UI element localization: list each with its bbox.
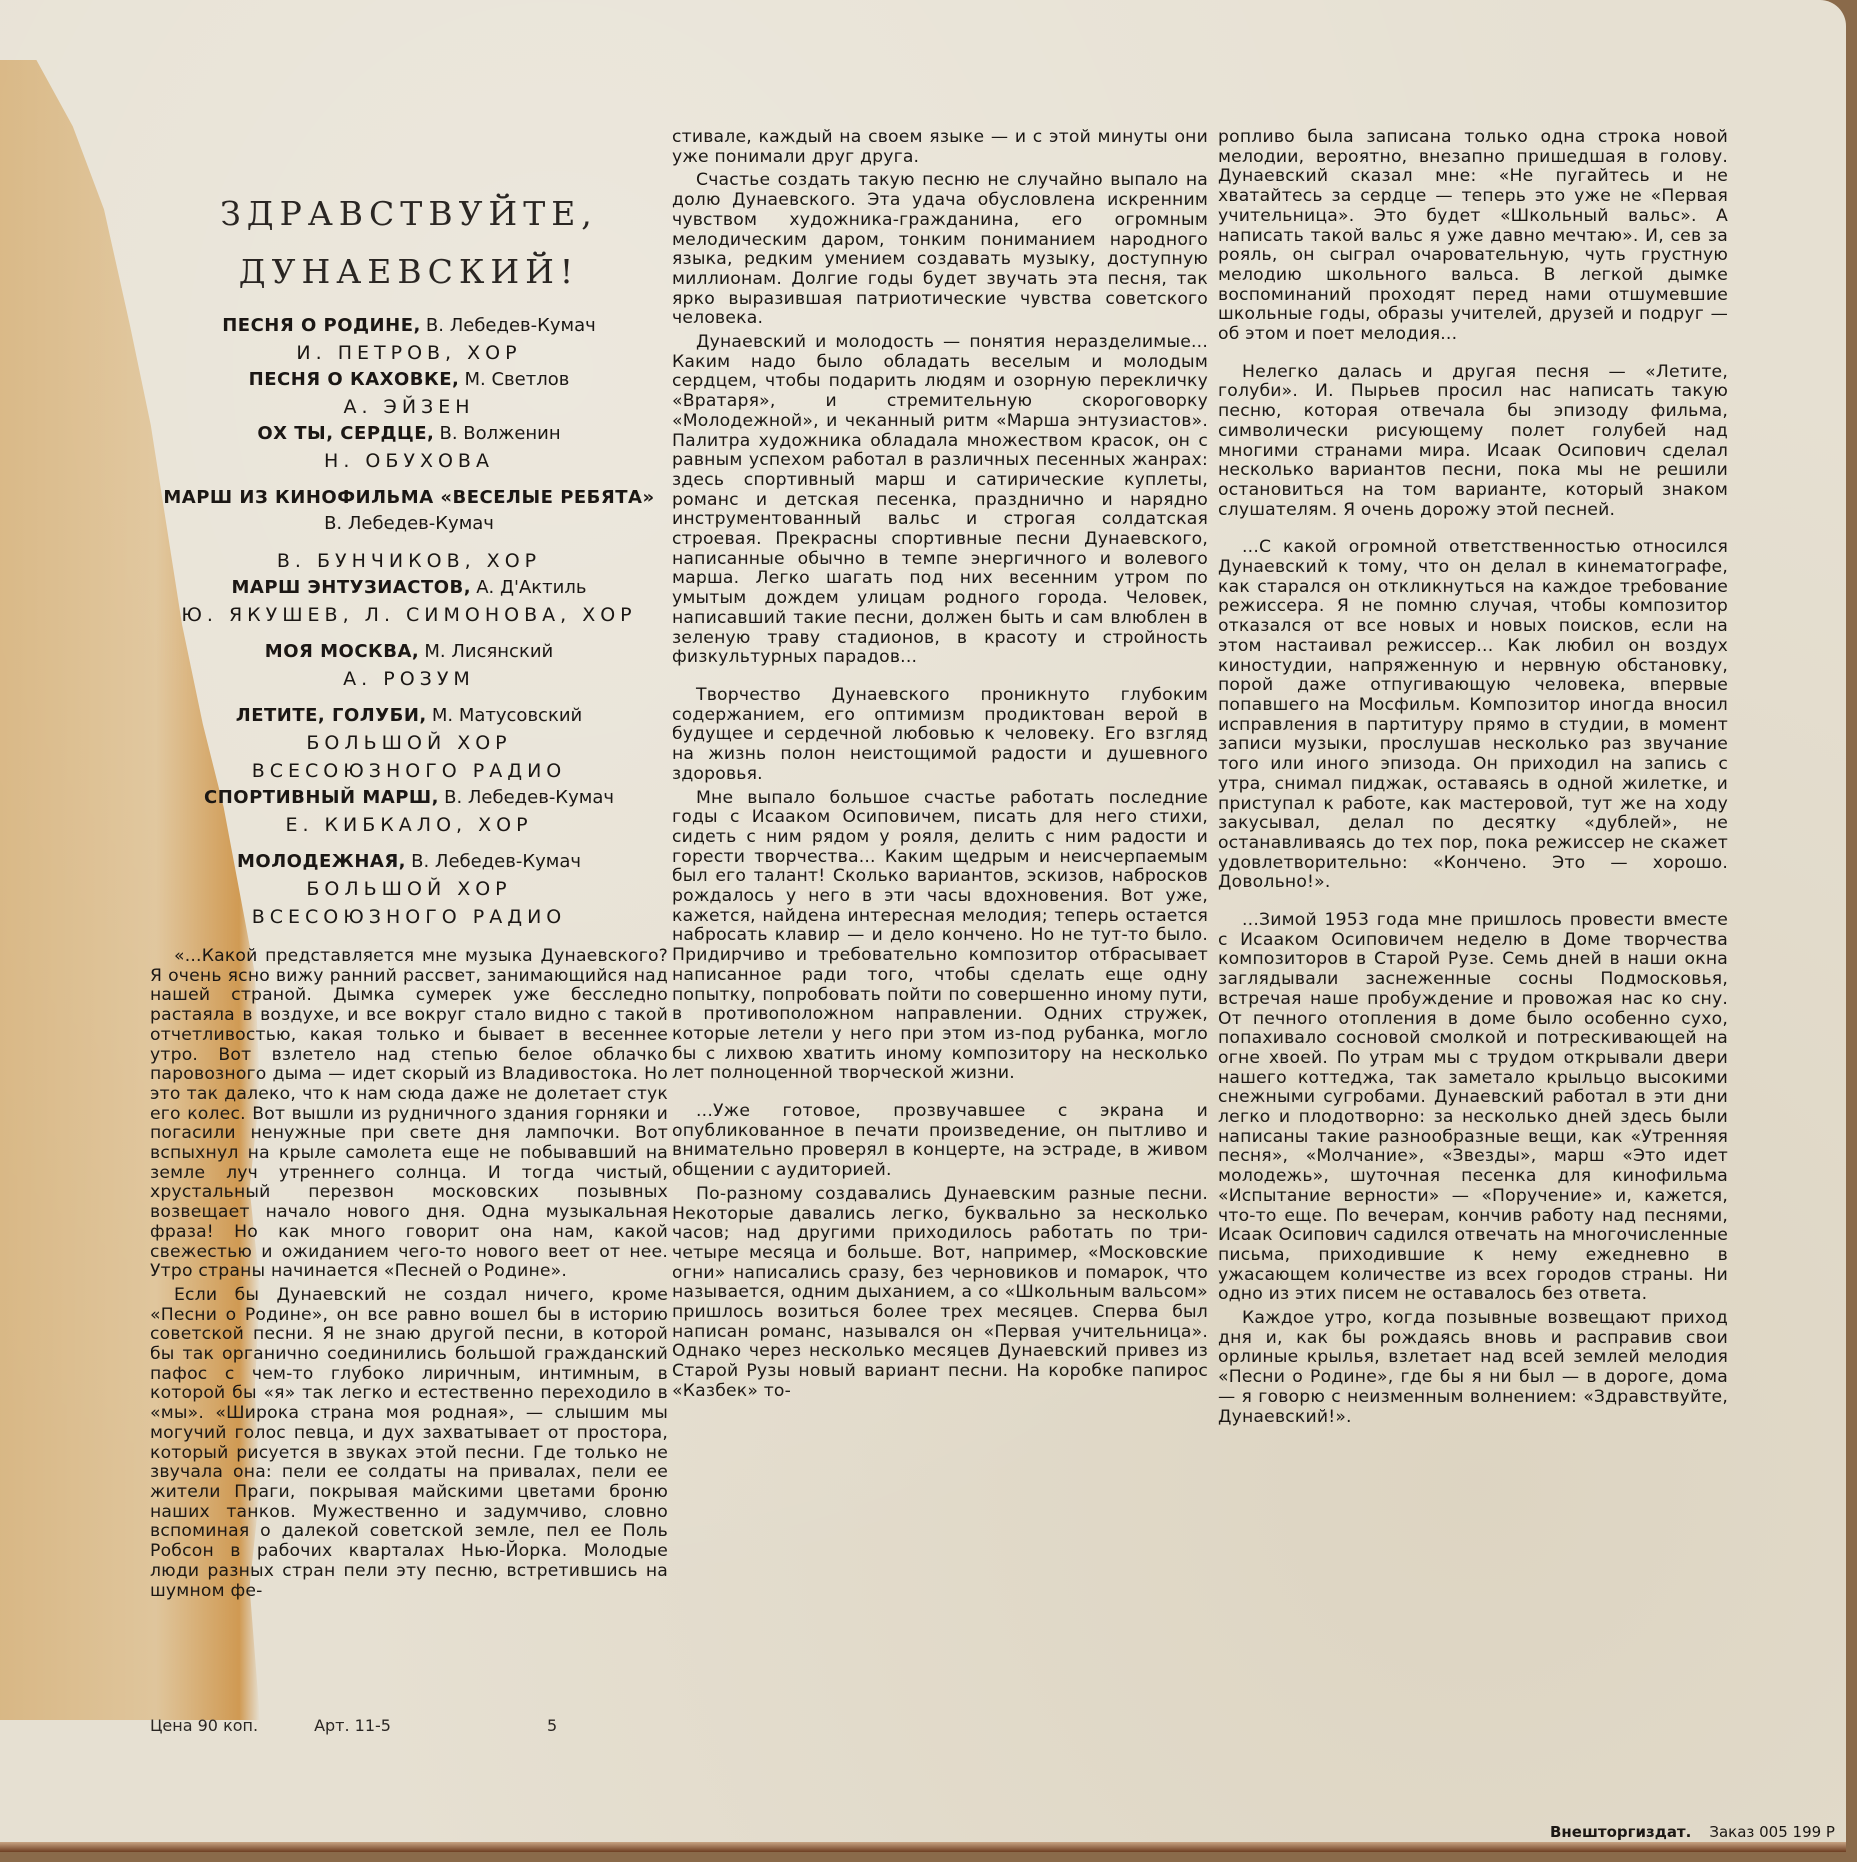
- track-performer: ВСЕСОЮЗНОГО РАДИО: [150, 903, 668, 931]
- track-title: ОХ ТЫ, СЕРДЦЕ,: [257, 423, 434, 444]
- article-number: Арт. 11-5: [314, 1716, 391, 1735]
- track-title: ЛЕТИТЕ, ГОЛУБИ,: [236, 705, 427, 726]
- column-1: ЗДРАВСТВУЙТЕ, ДУНАЕВСКИЙ! ПЕСНЯ О РОДИНЕ…: [150, 185, 668, 1601]
- article-paragraph: Дунаевский и молодость — понятия неразде…: [672, 333, 1208, 668]
- track-lyricist: М. Лисянский: [424, 641, 553, 662]
- article-paragraph: ...Уже готовое, прозвучавшее с экрана и …: [672, 1102, 1208, 1181]
- track-item: СПОРТИВНЫЙ МАРШ, В. Лебедев-Кумач Е. КИБ…: [150, 785, 668, 839]
- track-item: МАРШ ИЗ КИНОФИЛЬМА «ВЕСЕЛЫЕ РЕБЯТА» В. Л…: [150, 485, 668, 575]
- track-title: МОЛОДЕЖНАЯ,: [237, 851, 406, 872]
- article-column-1: «...Какой представляется мне музыка Дуна…: [150, 947, 668, 1601]
- track-performer: Ю. ЯКУШЕВ, Л. СИМОНОВА, ХОР: [150, 601, 668, 629]
- title-line-2: ДУНАЕВСКИЙ!: [239, 252, 579, 291]
- track-performer: В. БУНЧИКОВ, ХОР: [150, 547, 668, 575]
- track-title: МОЯ МОСКВА,: [265, 641, 419, 662]
- article-paragraph: По-разному создавались Дунаевским разные…: [672, 1185, 1208, 1402]
- track-lyricist: В. Лебедев-Кумач: [411, 851, 581, 872]
- column-2: стивале, каждый на своем языке — и с это…: [672, 128, 1208, 1402]
- track-lyricist: А. Д'Актиль: [476, 577, 586, 598]
- track-item: ОХ ТЫ, СЕРДЦЕ, В. Волженин Н. ОБУХОВА: [150, 421, 668, 475]
- track-title: ПЕСНЯ О РОДИНЕ,: [222, 315, 421, 336]
- footer-imprint: Цена 90 коп. Арт. 11-5 5: [150, 1716, 557, 1735]
- track-item: ЛЕТИТЕ, ГОЛУБИ, М. Матусовский БОЛЬШОЙ Х…: [150, 703, 668, 785]
- page-title: ЗДРАВСТВУЙТЕ, ДУНАЕВСКИЙ!: [150, 185, 668, 301]
- article-paragraph: Нелегко далась и другая песня — «Летите,…: [1218, 363, 1728, 521]
- track-title: МАРШ ЭНТУЗИАСТОВ,: [232, 577, 472, 598]
- track-title: СПОРТИВНЫЙ МАРШ,: [204, 787, 439, 808]
- track-performer: И. ПЕТРОВ, ХОР: [150, 339, 668, 367]
- footer-publisher: Внешторгиздат. Заказ 005 199 Р: [1550, 1823, 1835, 1841]
- track-lyricist: В. Лебедев-Кумач: [444, 787, 614, 808]
- article-paragraph: ропливо была записана только одна строка…: [1218, 128, 1728, 345]
- article-paragraph: Творчество Дунаевского проникнуто глубок…: [672, 686, 1208, 785]
- article-paragraph: ...Зимой 1953 года мне пришлось провести…: [1218, 911, 1728, 1305]
- track-performer: Е. КИБКАЛО, ХОР: [150, 811, 668, 839]
- track-item: ПЕСНЯ О КАХОВКЕ, М. Светлов А. ЭЙЗЕН: [150, 367, 668, 421]
- track-lyricist: В. Волженин: [439, 423, 560, 444]
- track-performer: А. ЭЙЗЕН: [150, 393, 668, 421]
- track-performer: БОЛЬШОЙ ХОР: [150, 875, 668, 903]
- album-back-cover: ЗДРАВСТВУЙТЕ, ДУНАЕВСКИЙ! ПЕСНЯ О РОДИНЕ…: [0, 0, 1846, 1852]
- article-paragraph: Мне выпало большое счастье работать посл…: [672, 789, 1208, 1085]
- cover-edge: [0, 1842, 1846, 1852]
- article-paragraph: ...С какой огромной ответственностью отн…: [1218, 538, 1728, 893]
- article-paragraph: Если бы Дунаевский не создал ничего, кро…: [150, 1286, 668, 1601]
- track-lyricist: М. Светлов: [464, 369, 569, 390]
- price-label: Цена 90 коп.: [150, 1716, 258, 1735]
- page-number: 5: [547, 1716, 557, 1735]
- track-lyricist: В. Лебедев-Кумач: [426, 315, 596, 336]
- column-3: ропливо была записана только одна строка…: [1218, 128, 1728, 1427]
- title-line-1: ЗДРАВСТВУЙТЕ,: [220, 194, 598, 233]
- order-number: Заказ 005 199 Р: [1709, 1823, 1835, 1841]
- track-performer: ВСЕСОЮЗНОГО РАДИО: [150, 757, 668, 785]
- track-title: МАРШ ИЗ КИНОФИЛЬМА «ВЕСЕЛЫЕ РЕБЯТА»: [163, 487, 654, 508]
- track-list: ПЕСНЯ О РОДИНЕ, В. Лебедев-Кумач И. ПЕТР…: [150, 313, 668, 931]
- track-lyricist: В. Лебедев-Кумач: [324, 513, 494, 534]
- track-performer: БОЛЬШОЙ ХОР: [150, 729, 668, 757]
- track-item: МОЯ МОСКВА, М. Лисянский А. РОЗУМ: [150, 639, 668, 693]
- track-title: ПЕСНЯ О КАХОВКЕ,: [249, 369, 460, 390]
- article-paragraph: стивале, каждый на своем языке — и с это…: [672, 128, 1208, 167]
- track-item: ПЕСНЯ О РОДИНЕ, В. Лебедев-Кумач И. ПЕТР…: [150, 313, 668, 367]
- track-performer: А. РОЗУМ: [150, 665, 668, 693]
- track-item: МАРШ ЭНТУЗИАСТОВ, А. Д'Актиль Ю. ЯКУШЕВ,…: [150, 575, 668, 629]
- track-item: МОЛОДЕЖНАЯ, В. Лебедев-Кумач БОЛЬШОЙ ХОР…: [150, 849, 668, 931]
- article-paragraph: Счастье создать такую песню не случайно …: [672, 171, 1208, 329]
- track-performer: Н. ОБУХОВА: [150, 447, 668, 475]
- track-lyricist: М. Матусовский: [432, 705, 582, 726]
- article-paragraph: «...Какой представляется мне музыка Дуна…: [150, 947, 668, 1282]
- publisher-name: Внешторгиздат.: [1550, 1823, 1691, 1841]
- article-paragraph: Каждое утро, когда позывные возвещают пр…: [1218, 1309, 1728, 1427]
